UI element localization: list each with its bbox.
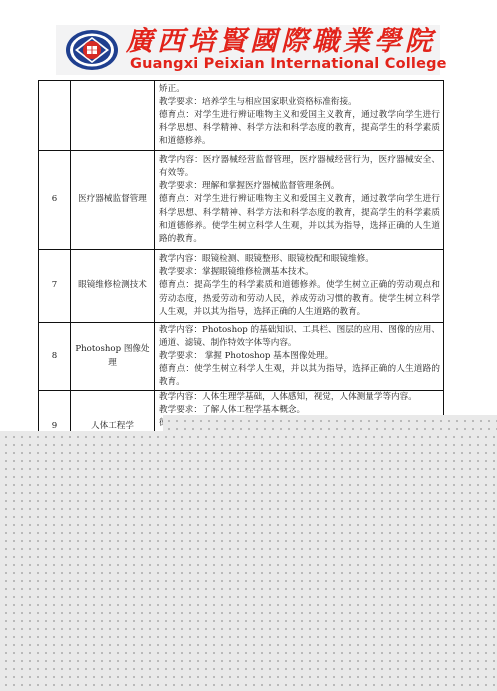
course-name-cell: 眼镜维修检测技术 — [71, 250, 155, 323]
row-number-cell: 8 — [39, 323, 71, 391]
course-description-cell: 教学内容：Photoshop 的基础知识、工具栏、图层的应用、图像的应用、通道、… — [155, 323, 444, 391]
course-name-cell: 医疗器械监督管理 — [71, 151, 155, 250]
table-row: 8 Photoshop 图像处理 教学内容：Photoshop 的基础知识、工具… — [39, 323, 444, 391]
college-name-chinese: 廣西培賢國際職業學院 — [126, 25, 436, 59]
teaching-requirement: 教学要求：掌握眼镜维修检测基本技术。 — [159, 266, 440, 279]
moral-education-point: 德育点：对学生进行辨证唯物主义和爱国主义教育，通过教学向学生进行科学思想、科学精… — [159, 193, 440, 245]
teaching-content: 教学内容：眼镜检测、眼镜整形、眼镜校配和眼镜维修。 — [159, 253, 440, 266]
moral-education-point: 德育点：使学生树立科学人生观，并以其为指导，选择正确的人生道路的教育。 — [159, 363, 440, 389]
row-number-cell: 6 — [39, 151, 71, 250]
loading-placeholder-overlay — [163, 415, 497, 431]
table-row: 6 医疗器械监督管理 教学内容：医疗器械经营监督管理，医疗器械经营行为，医疗器械… — [39, 151, 444, 250]
description-line: 矫正。 — [159, 83, 440, 96]
course-description-cell: 教学内容：眼镜检测、眼镜整形、眼镜校配和眼镜维修。 教学要求：掌握眼镜维修检测基… — [155, 250, 444, 323]
college-header-banner: 廣西培賢國際職業學院 Guangxi Peixian International… — [56, 25, 440, 75]
course-description-cell: 教学内容：医疗器械经营监督管理，医疗器械经营行为，医疗器械安全、有效等。 教学要… — [155, 151, 444, 250]
teaching-content: 教学内容：Photoshop 的基础知识、工具栏、图层的应用、图像的应用、通道、… — [159, 324, 440, 350]
table-row: 矫正。 教学要求：培养学生与相应国家职业资格标准衔接。 德育点：对学生进行辨证唯… — [39, 81, 444, 151]
teaching-requirement: 教学要求：培养学生与相应国家职业资格标准衔接。 — [159, 96, 440, 109]
moral-education-point: 德育点：对学生进行辨证唯物主义和爱国主义教育，通过教学向学生进行科学思想、科学精… — [159, 109, 440, 148]
college-name-english: Guangxi Peixian International College — [130, 56, 447, 73]
teaching-content: 教学内容：人体生理学基础，人体感知，视觉，人体测量学等内容。 — [159, 391, 440, 404]
course-name-cell: Photoshop 图像处理 — [71, 323, 155, 391]
row-number-cell — [39, 81, 71, 151]
teaching-requirement: 教学要求： 掌握 Photoshop 基本图像处理。 — [159, 350, 440, 363]
teaching-content: 教学内容：医疗器械经营监督管理，医疗器械经营行为，医疗器械安全、有效等。 — [159, 154, 440, 180]
moral-education-point: 德育点：提高学生的科学素质和道德修养。使学生树立正确的劳动观点和劳动态度，热爱劳… — [159, 279, 440, 318]
college-emblem-logo-icon — [64, 28, 120, 72]
course-description-cell: 矫正。 教学要求：培养学生与相应国家职业资格标准衔接。 德育点：对学生进行辨证唯… — [155, 81, 444, 151]
loading-placeholder-overlay — [0, 431, 497, 691]
table-row: 7 眼镜维修检测技术 教学内容：眼镜检测、眼镜整形、眼镜校配和眼镜维修。 教学要… — [39, 250, 444, 323]
row-number-cell: 7 — [39, 250, 71, 323]
course-name-cell — [71, 81, 155, 151]
teaching-requirement: 教学要求：理解和掌握医疗器械监督管理条例。 — [159, 180, 440, 193]
